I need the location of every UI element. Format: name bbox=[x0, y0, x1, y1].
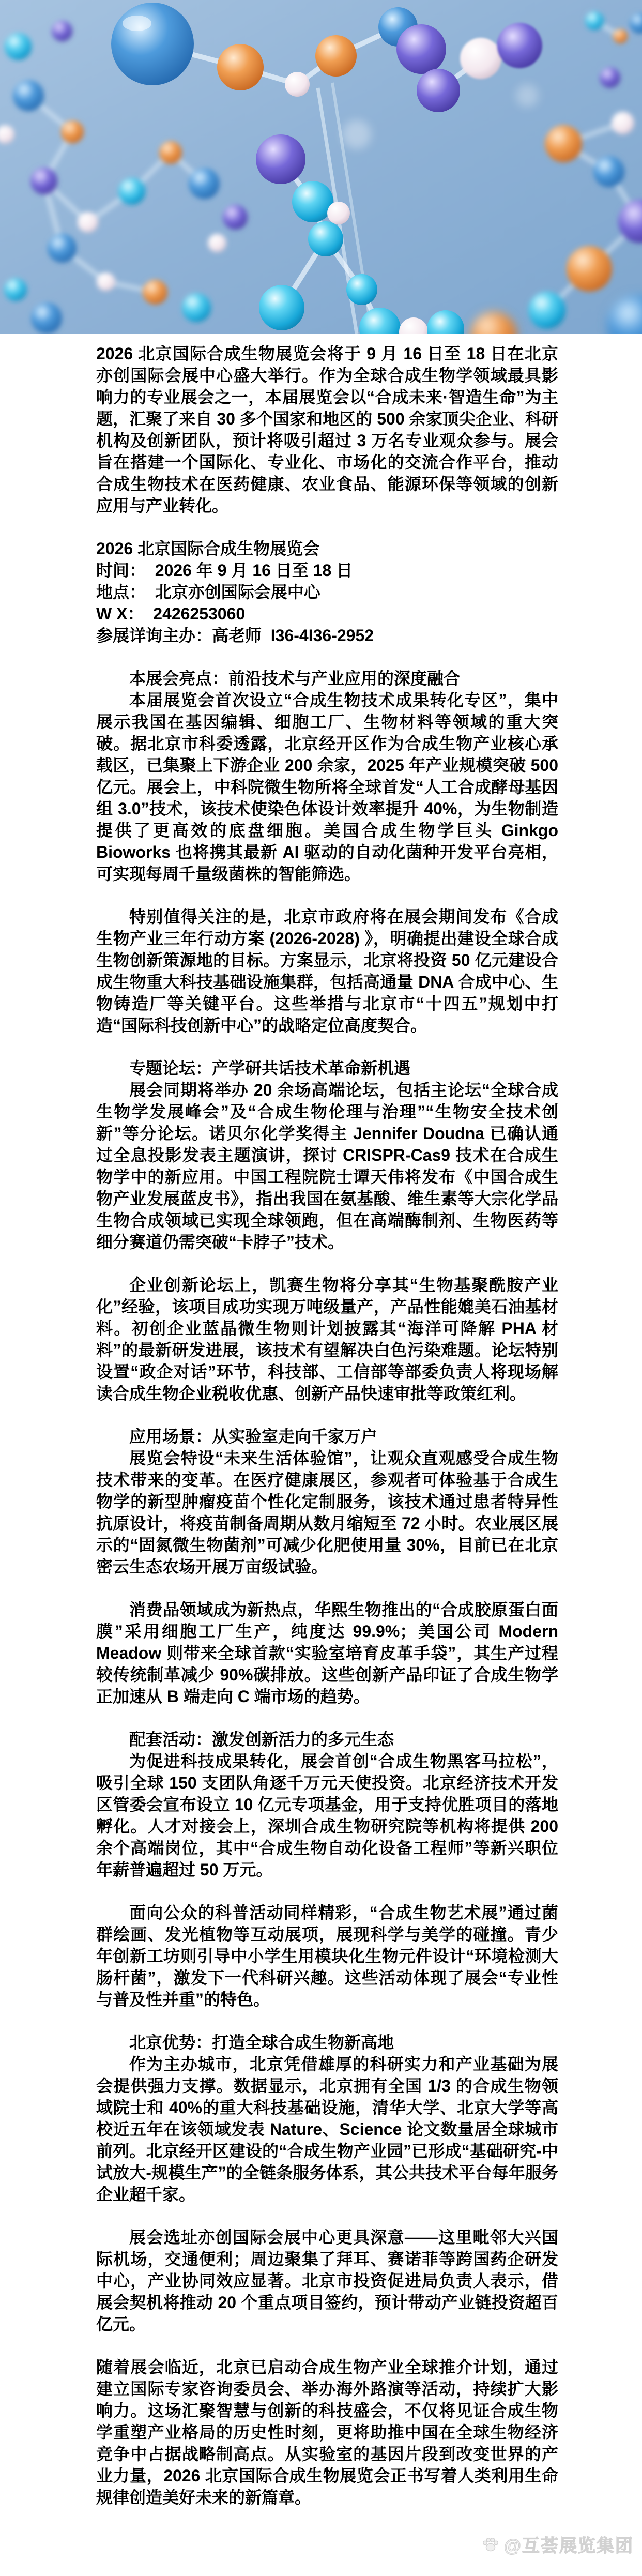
footer-area: @互荟展览集团 bbox=[0, 2529, 642, 2576]
paragraph-beijing-advantage: 作为主办城市，北京凭借雄厚的科研实力和产业基础为展会提供强力支撑。数据显示，北京… bbox=[96, 2053, 558, 2205]
section-heading-highlights: 本展会亮点：前沿技术与产业应用的深度融合 bbox=[96, 668, 558, 689]
section-heading-forums: 专题论坛：产学研共话技术革命新机遇 bbox=[96, 1057, 558, 1079]
paragraph-forums: 展会同期将举办 20 余场高端论坛，包括主论坛“全球合成生物学发展峰会”及“合成… bbox=[96, 1079, 558, 1253]
event-wx-contact: W X： 2426253060 bbox=[96, 603, 558, 625]
intro-paragraph: 2026 北京国际合成生物展览会将于 9 月 16 日至 18 日在北京亦创国际… bbox=[96, 343, 558, 517]
section-heading-beijing-advantage: 北京优势：打造全球合成生物新高地 bbox=[96, 2032, 558, 2053]
section-heading-applications: 应用场景：从实验室走向千家万户 bbox=[96, 1426, 558, 1447]
paragraph-applications: 展览会特设“未来生活体验馆”，让观众直观感受合成生物技术带来的变革。在医疗健康展… bbox=[96, 1447, 558, 1578]
event-venue: 地点： 北京亦创国际会展中心 bbox=[96, 581, 558, 603]
event-info-block: 2026 北京国际合成生物展览会 时间： 2026 年 9 月 16 日至 18… bbox=[96, 538, 558, 646]
event-date: 时间： 2026 年 9 月 16 日至 18 日 bbox=[96, 559, 558, 581]
paragraph-public-science: 面向公众的科普活动同样精彩，“合成生物艺术展”通过菌群绘画、发光植物等互动展项，… bbox=[96, 1902, 558, 2010]
watermark: @互荟展览集团 bbox=[481, 2532, 634, 2557]
watermark-text: @互荟展览集团 bbox=[504, 2532, 634, 2557]
closing-paragraph: 随着展会临近，北京已启动合成生物产业全球推介计划，通过建立国际专家咨询委员会、举… bbox=[96, 2356, 558, 2508]
event-organizer-contact: 参展详询主办：高老师 I36-4I36-2952 bbox=[96, 625, 558, 646]
paragraph-highlights: 本届展览会首次设立“合成生物技术成果转化专区”，集中展示我国在基因编辑、细胞工厂… bbox=[96, 689, 558, 885]
hero-molecule-image bbox=[0, 0, 642, 334]
event-title: 2026 北京国际合成生物展览会 bbox=[96, 538, 558, 559]
paragraph-consumer-products: 消费品领域成为新热点，华熙生物推出的“合成胶原蛋白面膜”采用细胞工厂生产，纯度达… bbox=[96, 1599, 558, 1707]
paw-icon bbox=[481, 2535, 500, 2554]
paragraph-venue-significance: 展会选址亦创国际会展中心更具深意——这里毗邻大兴国际机场，交通便利；周边聚集了拜… bbox=[96, 2226, 558, 2335]
paragraph-enterprise-forum: 企业创新论坛上，凯赛生物将分享其“生物基聚酰胺产业化”经验，该项目成功实现万吨级… bbox=[96, 1274, 558, 1404]
article-body: 2026 北京国际合成生物展览会将于 9 月 16 日至 18 日在北京亦创国际… bbox=[96, 334, 558, 2508]
section-heading-side-events: 配套活动：激发创新活力的多元生态 bbox=[96, 1729, 558, 1750]
paragraph-policy-plan: 特别值得关注的是，北京市政府将在展会期间发布《合成生物产业三年行动方案 (202… bbox=[96, 906, 558, 1036]
paragraph-side-events: 为促进科技成果转化，展会首创“合成生物黑客马拉松”，吸引全球 150 支团队角逐… bbox=[96, 1750, 558, 1881]
